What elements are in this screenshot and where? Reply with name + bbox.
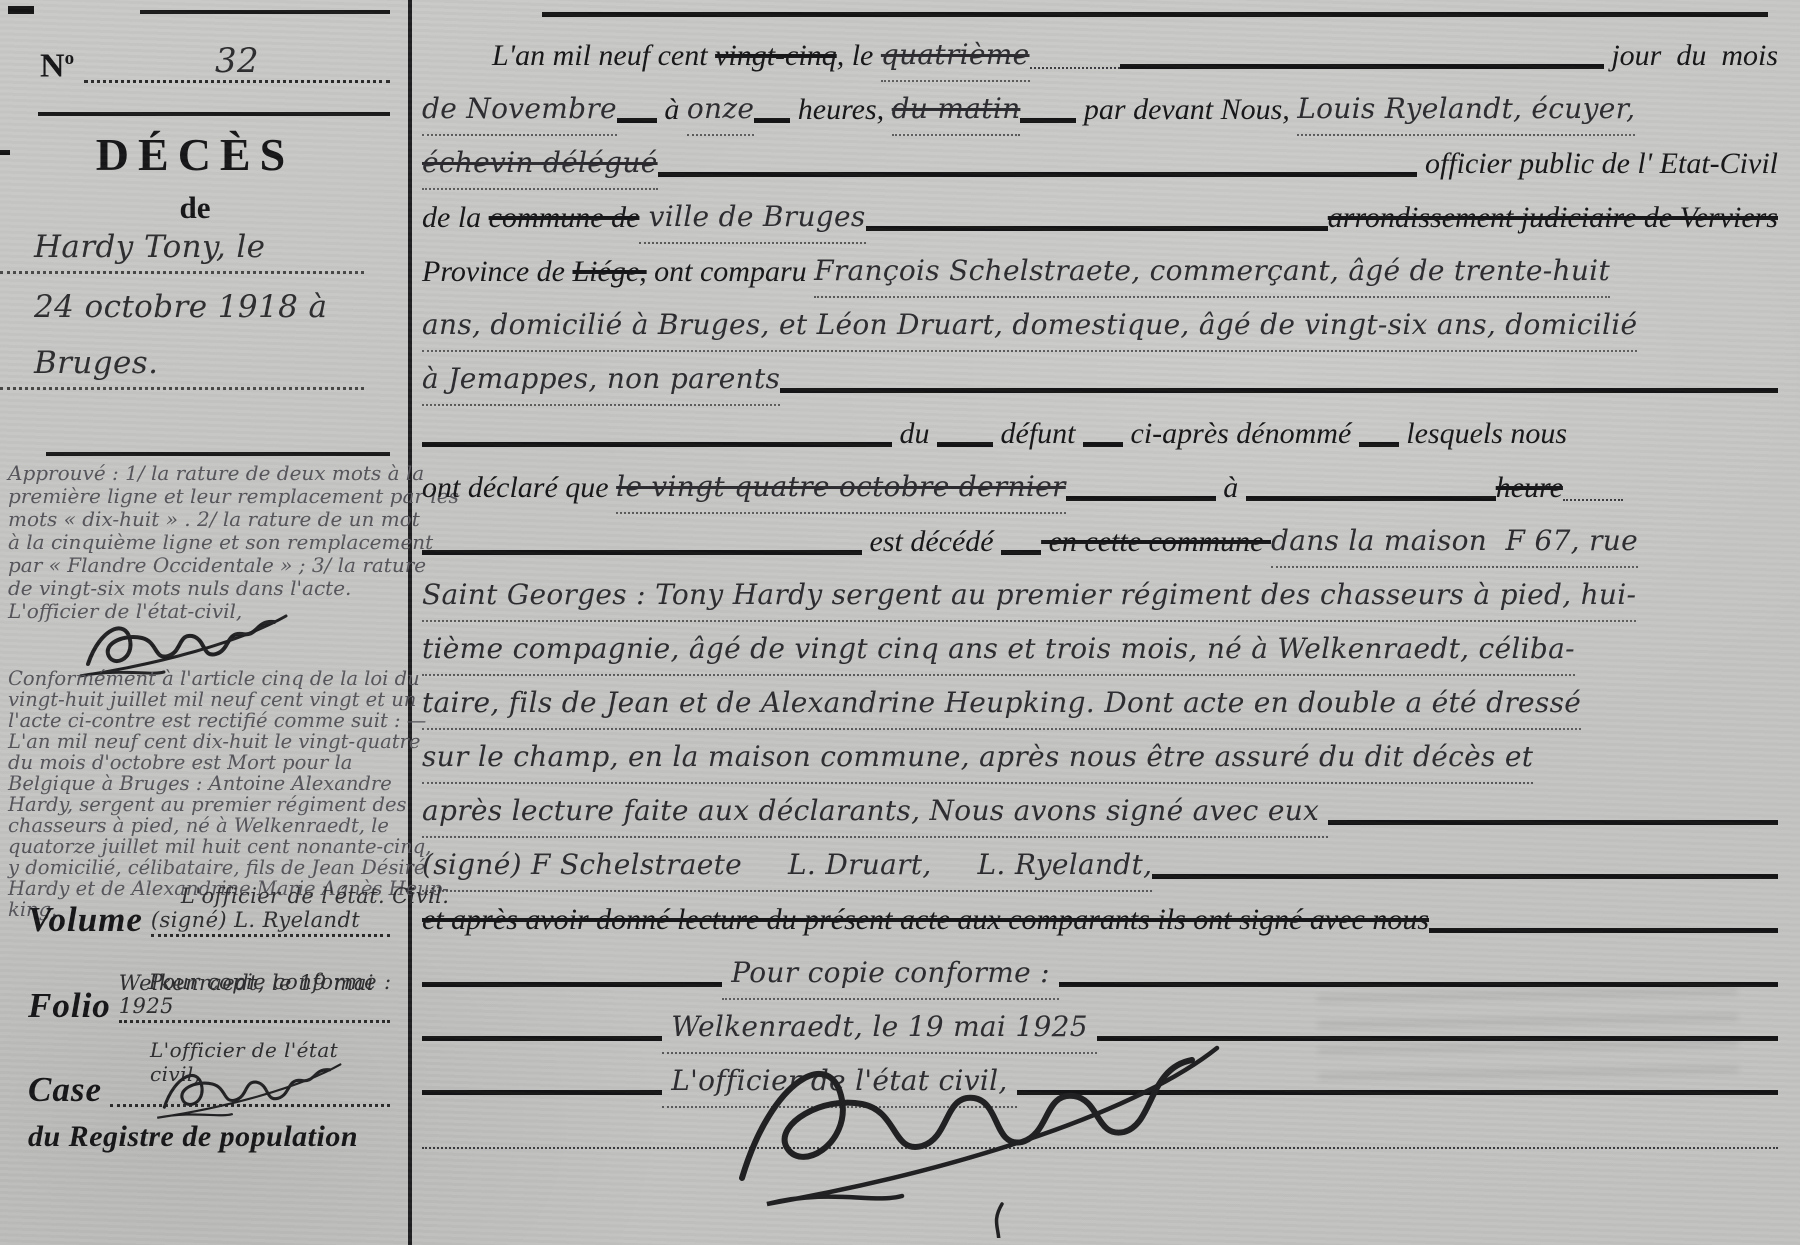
act-line-segment (1030, 67, 1120, 69)
act-line-segment: échevin délégué (422, 149, 658, 190)
act-line: L'an mil neuf cent vingt-cinq, le quatri… (422, 28, 1778, 82)
act-line-segment (866, 226, 1328, 231)
annotation-line: de vingt-six mots nuls dans l'acte. (8, 577, 390, 600)
annotation-line: L'an mil neuf cent dix-huit le vingt-qua… (8, 731, 390, 752)
act-line-segment: commune de (489, 203, 640, 244)
margin-rule (38, 112, 390, 116)
volume-label: Volume (28, 902, 143, 937)
act-line-segment: Louis Ryelandt, écuyer, (1297, 95, 1635, 136)
act-line-segment (1328, 820, 1778, 825)
act-line-segment (1246, 496, 1496, 501)
act-line: sur le champ, en la maison commune, aprè… (422, 730, 1778, 784)
act-line-segment: Saint Georges : Tony Hardy sergent au pr… (422, 581, 1636, 622)
act-line: et après avoir donné lecture du présent … (422, 892, 1778, 946)
act-line-segment: de la (422, 203, 489, 244)
annotation-line: y domicilié, célibataire, fils de Jean D… (8, 857, 390, 878)
annotation-line: mots « dix-huit » . 2/ la rature de un m… (8, 508, 390, 531)
act-line-segment: ci-après dénommé (1123, 419, 1359, 460)
act-line-segment (780, 388, 1778, 393)
act-line-segment: officier public de l' Etat-Civil (1417, 149, 1778, 190)
margin-annotation-rectification: Conformément à l'article cinq de la loi … (0, 668, 390, 920)
act-body-column: L'an mil neuf cent vingt-cinq, le quatri… (422, 0, 1778, 1245)
act-line-segment: jour du mois (1604, 41, 1778, 82)
record-title: DÉCÈS (0, 132, 390, 178)
act-line-segment: quatrième (881, 41, 1030, 82)
annotation-line: Belgique à Bruges : Antoine Alexandre (8, 773, 390, 794)
register-label: du Registre de population (0, 1120, 390, 1154)
column-divider-rule (408, 0, 412, 1245)
act-line: ont déclaré que le vingt quatre octobre … (422, 460, 1778, 514)
act-line-segment: du (892, 419, 937, 460)
margin-annotation-approval: Approuvé : 1/ la rature de deux mots à l… (0, 462, 390, 623)
act-line-segment (1083, 442, 1123, 447)
act-line-segment: François Schelstraete, commerçant, âgé d… (814, 257, 1610, 298)
act-line-segment (1020, 118, 1076, 123)
record-number-label: No (40, 49, 74, 83)
act-line-segment: (signé) F Schelstraete L. Druart, L. Rye… (422, 851, 1152, 892)
act-line-segment (617, 118, 657, 123)
act-line-segment: tième compagnie, âgé de vingt cinq ans e… (422, 635, 1575, 676)
act-line-segment: et après avoir donné lecture du présent … (422, 905, 1429, 946)
annotation-line: Conformément à l'article cinq de la loi … (8, 668, 390, 689)
act-line-segment: onze (687, 95, 754, 136)
annotation-line: par « Flandre Occidentale » ; 3/ la ratu… (8, 554, 390, 577)
act-line-segment (1120, 64, 1604, 69)
act-line: est décédé en cette commune dans la mais… (422, 514, 1778, 568)
act-line-segment (1001, 550, 1041, 555)
act-line: après lecture faite aux déclarants, Nous… (422, 784, 1778, 838)
folio-row: Folio Pour copie conforme : Welkenraedt,… (0, 972, 390, 1023)
act-line-segment: à (657, 95, 687, 136)
act-line-segment (422, 1036, 662, 1041)
act-line-segment: après lecture faite aux déclarants, Nous… (422, 797, 1328, 838)
act-line: échevin délégué officier public de l' Et… (422, 136, 1778, 190)
annotation-line: première ligne et leur remplacement par … (8, 485, 390, 508)
annotation-line: vingt-huit juillet mil neuf cent vingt e… (8, 689, 390, 710)
case-label: Case (28, 1072, 102, 1107)
act-line-segment: dans la maison F 67, rue (1271, 527, 1638, 568)
act-line-segment: en cette commune (1041, 527, 1271, 568)
margin-rule (46, 452, 390, 456)
act-line-segment (1563, 499, 1623, 501)
act-line-segment: arrondissement judiciaire de Verviers (1328, 203, 1778, 244)
act-line-segment: Province de (422, 257, 572, 298)
act-line-segment: heure (1496, 473, 1563, 514)
act-line-segment (422, 550, 862, 555)
record-number-value: 32 (84, 44, 390, 83)
act-line-segment: L'an mil neuf cent (492, 41, 715, 82)
act-line-segment: ville de Bruges (639, 203, 865, 244)
folio-value: Pour copie conforme : Welkenraedt, le 19… (119, 972, 390, 1023)
act-line: du défunt ci-après dénommé lesquels nous (422, 406, 1778, 460)
act-line-segment: taire, fils de Jean et de Alexandrine He… (422, 689, 1581, 730)
act-line-segment: à Jemappes, non parents (422, 365, 780, 406)
bleed-through-ghost (1317, 971, 1739, 1098)
body-top-rule (542, 12, 1768, 17)
act-line-segment (937, 442, 993, 447)
act-line-segment: est décédé (862, 527, 1001, 568)
annotation-line: quatorze juillet mil huit cent nonante-c… (8, 836, 390, 857)
act-line-segment (1152, 874, 1778, 879)
act-line: à Jemappes, non parents (422, 352, 1778, 406)
record-title-de: de (0, 192, 390, 223)
record-number-row: No 32 (0, 44, 390, 83)
act-line-segment: ont déclaré que (422, 473, 616, 514)
act-line-segment: sur le champ, en la maison commune, aprè… (422, 743, 1533, 784)
act-line-segment: par devant Nous, (1076, 95, 1297, 136)
act-line-segment: le vingt quatre octobre dernier (616, 473, 1066, 514)
act-line-segment (1066, 496, 1216, 501)
act-line: ans, domicilié à Bruges, et Léon Druart,… (422, 298, 1778, 352)
volume-value-online: (signé) L. Ryelandt (151, 908, 360, 932)
act-line: Province de Liége, ont comparu François … (422, 244, 1778, 298)
annotation-line: Hardy, sergent au premier régiment des (8, 794, 390, 815)
margin-column: No 32 DÉCÈS de Hardy Tony, le 24 octobre… (0, 0, 404, 1245)
act-line-segment: de Novembre (422, 95, 617, 136)
deceased-date-line: 24 octobre 1918 à (0, 292, 364, 331)
act-line-segment (1429, 928, 1778, 933)
act-line: taire, fils de Jean et de Alexandrine He… (422, 676, 1778, 730)
act-line-segment (422, 1090, 662, 1095)
act-line-segment: Pour copie conforme : (722, 959, 1059, 1000)
volume-row: Volume L'officier de l'état. Civil. (sig… (0, 902, 390, 937)
margin-top-rule (140, 10, 390, 14)
act-line-segment: , le (837, 41, 881, 82)
folio-value-above: Pour copie conforme : (149, 971, 392, 994)
act-line: de la commune de ville de Brugesarrondis… (422, 190, 1778, 244)
deceased-place-line: Bruges. (0, 348, 364, 390)
act-line-segment (422, 442, 892, 447)
annotation-line: à la cinquième ligne et son remplacement (8, 531, 390, 554)
death-record-scan: { "colors": { "paper": "#c7c7c5", "print… (0, 0, 1800, 1245)
act-line-segment: Liége, (572, 257, 646, 298)
volume-value-above: L'officier de l'état. Civil. (181, 885, 449, 908)
act-line-segment (422, 982, 722, 987)
annotation-line: l'acte ci-contre est rectifié comme suit… (8, 710, 390, 731)
act-line-segment: ans, domicilié à Bruges, et Léon Druart,… (422, 311, 1637, 352)
annotation-line: du mois d'octobre est Mort pour la (8, 752, 390, 773)
deceased-name-line: Hardy Tony, le (0, 232, 364, 274)
act-line-segment (658, 172, 1418, 177)
act-line: de Novembre à onze heures, du matin par … (422, 82, 1778, 136)
act-line-segment: défunt (993, 419, 1083, 460)
act-line-segment: à (1216, 473, 1246, 514)
act-line-segment: vingt-cinq (715, 41, 837, 82)
act-line: tième compagnie, âgé de vingt cinq ans e… (422, 622, 1778, 676)
folio-label: Folio (28, 988, 111, 1023)
volume-value: L'officier de l'état. Civil. (signé) L. … (151, 909, 390, 937)
act-line: (signé) F Schelstraete L. Druart, L. Rye… (422, 838, 1778, 892)
act-line-segment: heures, (790, 95, 891, 136)
act-line-segment: du matin (892, 95, 1021, 136)
act-line: Saint Georges : Tony Hardy sergent au pr… (422, 568, 1778, 622)
signature-broeck-large (672, 1008, 1312, 1238)
annotation-line: chasseurs à pied, né à Welkenraedt, le (8, 815, 390, 836)
act-line-segment (754, 118, 790, 123)
act-line-segment (1359, 442, 1399, 447)
annotation-line: Approuvé : 1/ la rature de deux mots à l… (8, 462, 390, 485)
act-line-segment: lesquels nous (1399, 419, 1567, 460)
act-line-segment: ont comparu (647, 257, 815, 298)
